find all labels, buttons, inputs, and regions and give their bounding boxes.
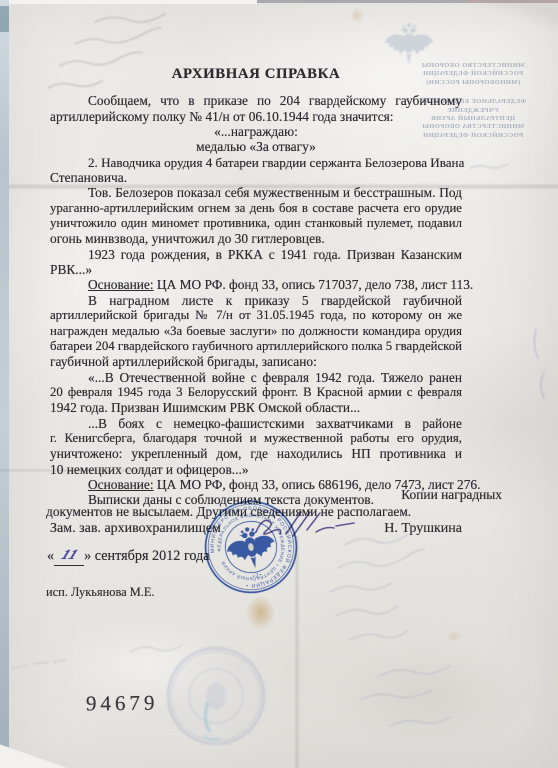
doc-line: ...В боях с немецко-фашистскими захватчи…	[50, 416, 462, 431]
doc-line: 20 февраля 1945 года 3 Белорусский фронт…	[50, 385, 462, 400]
doc-line: Степановича.	[50, 170, 462, 185]
doc-line: огонь минвзвода, уничтожил до 30 гитлеро…	[50, 231, 462, 246]
date-blank: 11	[54, 548, 84, 566]
page-title: АРХИВНАЯ СПРАВКА	[50, 67, 462, 82]
doc-line: «...награждаю:	[50, 124, 462, 139]
doc-line: Основание: ЦА МО РФ. фонд 33, опись 7170…	[50, 277, 462, 292]
doc-line: «...В Отечественной войне с февраля 1942…	[50, 370, 462, 385]
doc-line: батареи 204 гвардейского гаубичного арти…	[50, 339, 462, 354]
document-paragraphs: Сообщаем, что в приказе по 204 гвардейск…	[50, 93, 462, 519]
doc-line: артиллерийскому полку № 41/н от 06.10.19…	[50, 109, 462, 124]
executor-line: исп. Лукьянова М.Е.	[46, 585, 155, 600]
inline-note: Копии наградных	[363, 487, 502, 502]
doc-line: РВК...»	[50, 262, 462, 277]
doc-line: Тов. Белозеров показал себя мужественным…	[50, 185, 462, 200]
date-line: «11» сентября 2012 года	[47, 548, 210, 566]
signer-name: Н. Трушкина	[384, 521, 462, 537]
document-body: АРХИВНАЯ СПРАВКА Сообщаем, что в приказе…	[50, 67, 462, 519]
doc-line: ураганно-артиллерийским огнем за день бо…	[50, 201, 462, 216]
basis-label: Основание:	[88, 277, 154, 292]
doc-line: В наградном листе к приказу 5 гвардейско…	[50, 293, 462, 308]
handwritten-day: 11	[57, 548, 82, 564]
quote-open: «	[47, 548, 54, 564]
basis-label: Основание:	[88, 477, 154, 492]
doc-line: уничтожено: укрепленный дом, где находил…	[50, 446, 462, 461]
doc-line: гаубичной артиллерийской бригады, записа…	[50, 354, 462, 369]
doc-line: 1923 года рождения, в РККА с 1941 года. …	[50, 247, 462, 262]
doc-line: 1942 года. Призван Ишимским РВК Омской о…	[50, 400, 462, 415]
scanned-archival-certificate: МИНИСТЕРСТВО ОБОРОНЫ РОССИЙСКОЙ ФЕДЕРАЦИ…	[0, 0, 558, 768]
doc-line: медалью «За отвагу»	[50, 139, 462, 154]
stamp-number: 94679	[86, 691, 159, 717]
doc-line: 10 немецких солдат и офицеров...»	[50, 462, 462, 477]
date-rest: » сентября 2012 года	[84, 548, 210, 564]
doc-line: Сообщаем, что в приказе по 204 гвардейск…	[50, 93, 462, 108]
doc-line: г. Кенигсберга, благодаря точной и мужес…	[50, 431, 462, 446]
signature	[250, 502, 360, 550]
doc-line: 2. Наводчика орудия 4 батареи гвардии се…	[50, 155, 462, 170]
doc-line: награжден медалью «За боевые заслуги» по…	[50, 324, 462, 339]
doc-line: артиллерийской бригады № 7/н от 31.05.19…	[50, 308, 462, 323]
doc-line: уничтожило один миномет противника, один…	[50, 216, 462, 231]
